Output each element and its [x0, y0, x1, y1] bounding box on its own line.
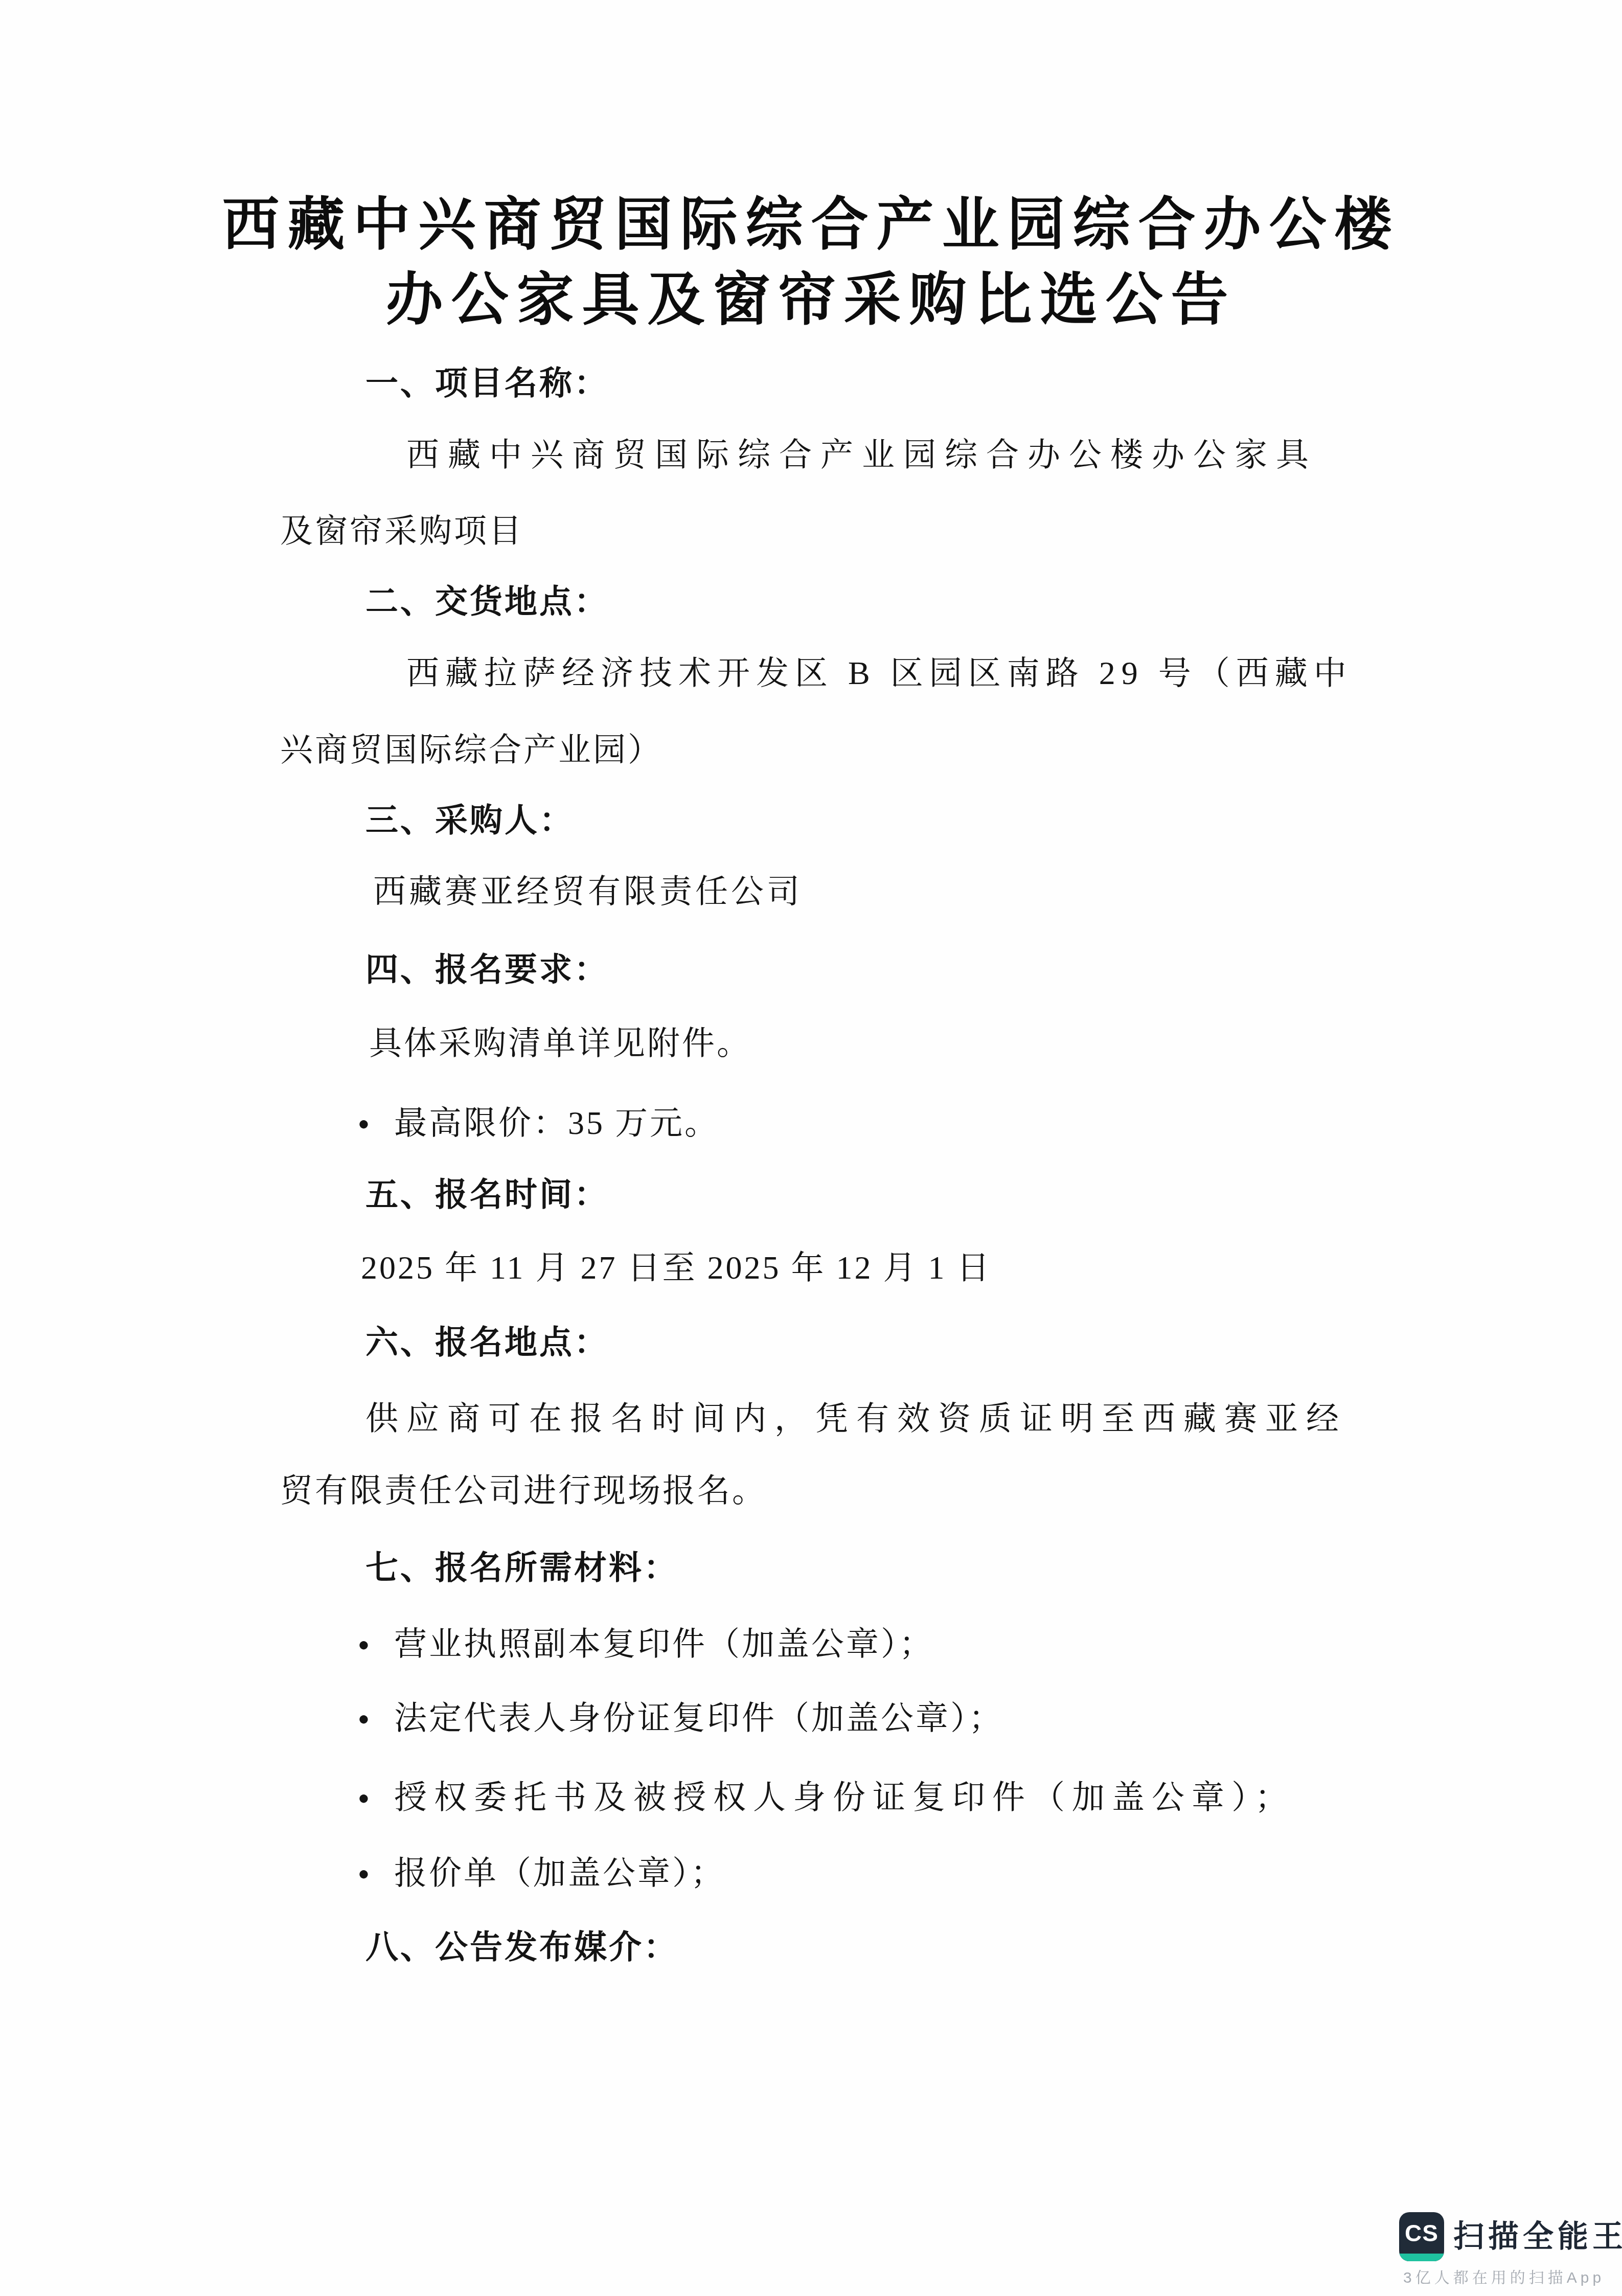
section-7-heading: 七、报名所需材料：: [365, 1552, 678, 1584]
section-6-line-1: 供应商可在报名时间内，凭有效资质证明至西藏赛亚经: [365, 1402, 1347, 1435]
camscanner-logo-accent-strip: [1399, 2254, 1444, 2261]
section-5-line-1: 2025 年 11 月 27 日至 2025 年 12 月 1 日: [361, 1252, 992, 1284]
section-2-line-1: 西藏拉萨经济技术开发区 B 区园区南路 29 号（西藏中: [406, 657, 1353, 690]
camscanner-watermark: CS 扫描全能王™ 3亿人都在用的扫描App: [1399, 2212, 1604, 2289]
doc-title-line-1: 西藏中兴商贸国际综合产业园综合办公楼: [222, 196, 1400, 254]
bullet-dot-icon: ●: [358, 1863, 370, 1884]
section-3-heading: 三、采购人：: [365, 804, 574, 837]
camscanner-logo-cs-text: CS: [1399, 2212, 1444, 2254]
scanned-document-page: 西藏中兴商贸国际综合产业园综合办公楼 办公家具及窗帘采购比选公告 一、项目名称：…: [0, 0, 1622, 2296]
bullet-dot-icon: ●: [358, 1708, 370, 1730]
section-6-heading: 六、报名地点：: [365, 1326, 609, 1359]
section-1-heading: 一、项目名称：: [365, 367, 609, 400]
section-3-line-1: 西藏赛亚经贸有限责任公司: [373, 875, 803, 908]
section-7-bullet-3-text: 授权委托书及被授权人身份证复印件（加盖公章）；: [394, 1779, 1295, 1815]
section-7-bullet-1: ●营业执照副本复印件（加盖公章）；: [358, 1628, 934, 1661]
camscanner-tagline: 3亿人都在用的扫描App: [1403, 2270, 1605, 2286]
section-2-line-2: 兴商贸国际综合产业园）: [280, 734, 662, 766]
section-7-bullet-2-text: 法定代表人身份证复印件（加盖公章）；: [394, 1700, 1003, 1736]
bullet-dot-icon: ●: [358, 1634, 370, 1655]
section-4-bullet-1: ●最高限价：35 万元。: [358, 1107, 719, 1140]
camscanner-brand-name: 扫描全能王™: [1453, 2220, 1622, 2252]
section-7-bullet-1-text: 营业执照副本复印件（加盖公章）；: [394, 1626, 934, 1662]
section-7-bullet-3: ●授权委托书及被授权人身份证复印件（加盖公章）；: [358, 1781, 1295, 1814]
bullet-dot-icon: ●: [358, 1113, 370, 1134]
section-8-heading: 八、公告发布媒介：: [365, 1931, 678, 1964]
section-1-line-1: 西藏中兴商贸国际综合产业园综合办公楼办公家具: [406, 439, 1317, 471]
section-5-heading: 五、报名时间：: [365, 1178, 609, 1211]
section-4-line-1: 具体采购清单详见附件。: [369, 1027, 751, 1060]
camscanner-logo-icon: CS: [1399, 2212, 1444, 2261]
section-6-line-2: 贸有限责任公司进行现场报名。: [280, 1474, 767, 1507]
section-4-bullet-1-text: 最高限价：35 万元。: [394, 1105, 719, 1141]
section-2-heading: 二、交货地点：: [365, 585, 609, 618]
section-1-line-2: 及窗帘采购项目: [280, 515, 523, 548]
doc-title-line-2: 办公家具及窗帘采购比选公告: [386, 271, 1237, 329]
section-7-bullet-4-text: 报价单（加盖公章）；: [394, 1855, 725, 1891]
section-7-bullet-4: ●报价单（加盖公章）；: [358, 1857, 725, 1890]
camscanner-brand-text: 扫描全能王: [1453, 2219, 1622, 2254]
bullet-dot-icon: ●: [358, 1787, 370, 1809]
section-7-bullet-2: ●法定代表人身份证复印件（加盖公章）；: [358, 1702, 1003, 1735]
section-4-heading: 四、报名要求：: [365, 953, 609, 986]
